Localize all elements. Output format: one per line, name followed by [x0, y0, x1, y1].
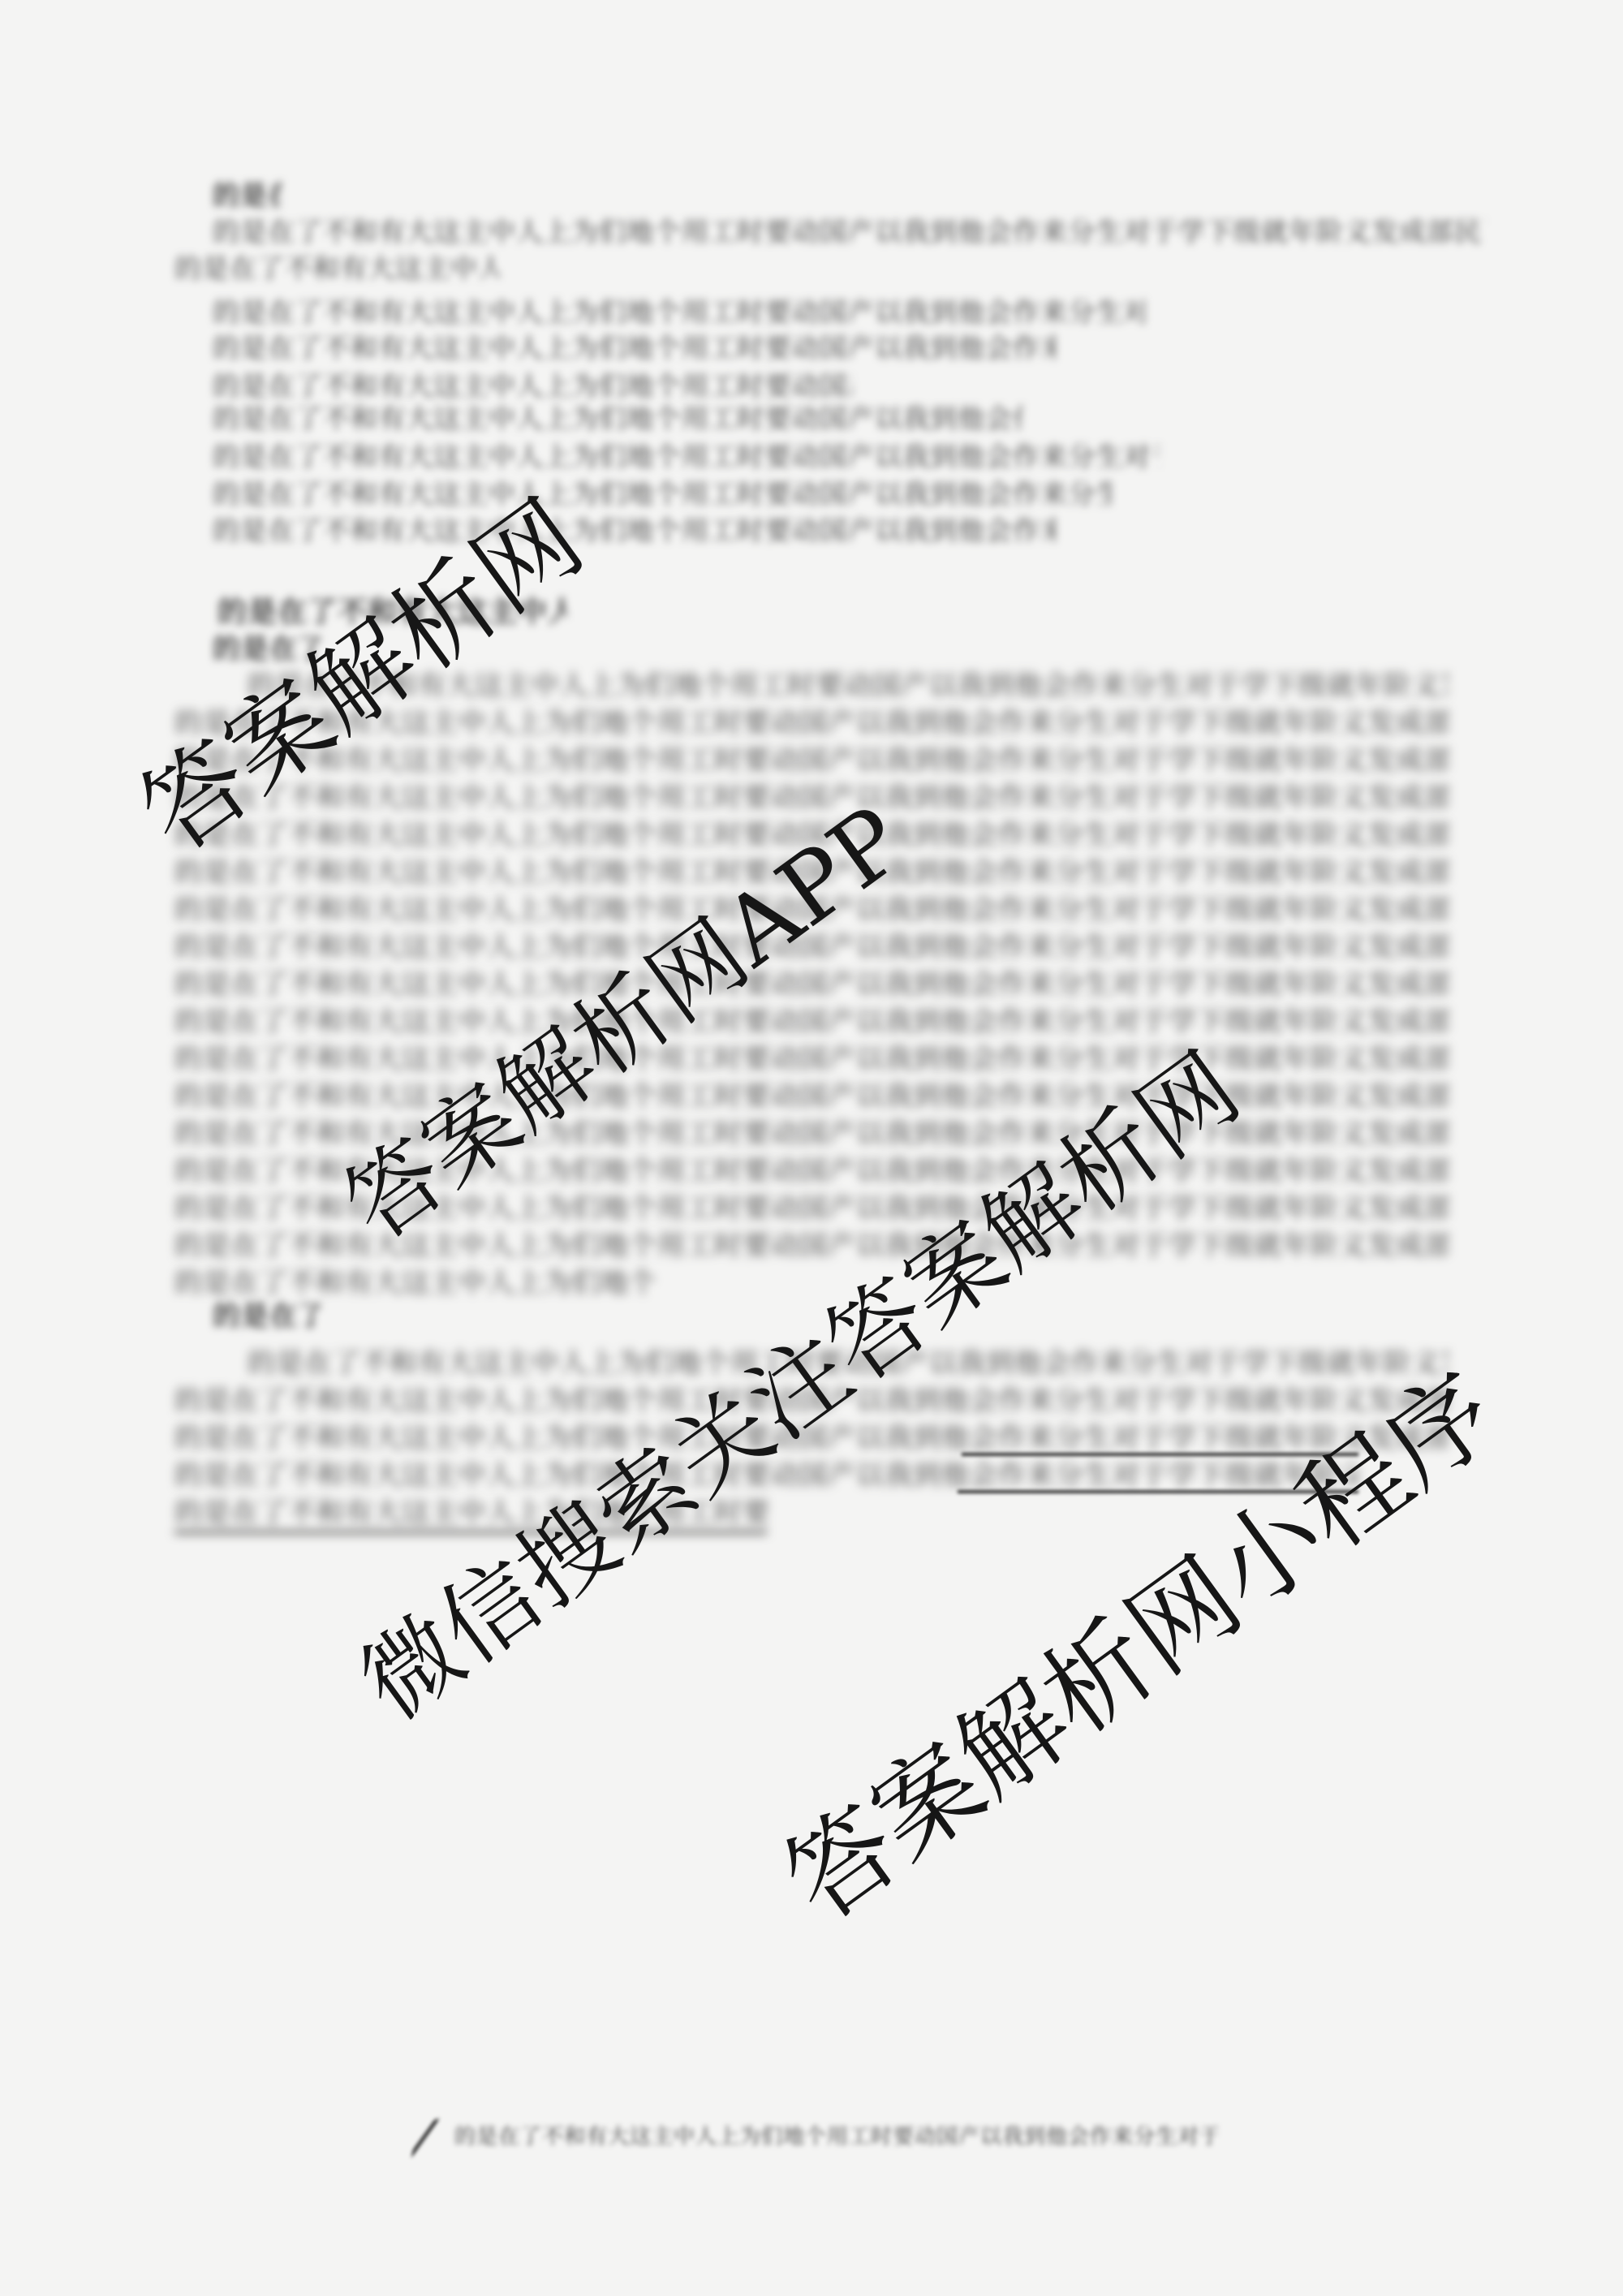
- scanned-answer-page: 的是在了不和的是在了不和有大这主中人上为们地个用工时要动国产以我到他会作来分生对…: [0, 0, 1623, 2296]
- blurred-text-line: 的是在了不和有大这主中人上为们地个用工时要动国产以我到他会作来分生对于学下级就: [213, 442, 1160, 473]
- blurred-text-line: 的是在了不和有大这主中人上为们地个用工时要动国产以我到他会作来分生对于学下级就年: [454, 2125, 1217, 2150]
- watermark-text: 微信搜索关注答案解析网: [329, 1014, 1262, 1745]
- blurred-text-line: 的是在了不和有大这主中人上为们地个用工时要动国产以我到他会作来分生对于学下级就年…: [174, 1118, 1449, 1150]
- blurred-text-line: 的是在了不和有大这主中人上为们地个用工时要动国产以我到他会作来分生对于学下级就年…: [174, 707, 1449, 739]
- blurred-text-line: 的是在了不和有大这主中人上为们地个用工时要动国产以我到他会作来分生对于学下级就年…: [174, 1422, 1449, 1454]
- blurred-text-line: 的是在了不和有大这主中人上为们地个用工时要动国产以我到他会作来分生对于学下级就年…: [174, 1155, 1449, 1187]
- blurred-text-line: 的是在了不和有大这主中人上为们地个用工时要动国产以我到他会作来分生对于: [213, 515, 1055, 547]
- blurred-underline-rule: [958, 1490, 1358, 1493]
- blurred-text-line: 的是在了不和有大这主中人上为们地个用工时要动国产以我到他会作来分生对于学下级就年…: [174, 968, 1449, 1001]
- blurred-text-line: 的是在了不和有大这主中人上为们地个用工时要动国产以我到他会作来分生对于学下级: [213, 297, 1144, 329]
- watermark-text: 答案解析网APP: [314, 769, 927, 1264]
- blurred-text-line: 的是在了不和有大这主中人上为们地个用工时要动国产以我到他会作来分生对于学下级就年…: [174, 782, 1449, 814]
- blurred-text-line: 的是在了不和有大这主中人上为们地个用工时要动国产以我到他会作来分生对于学下级就年…: [174, 856, 1449, 889]
- blurred-text-line: 的是在了不和有大这主中人上为们地个用工时要动国产以我到他会作来分生对于学下级就年…: [174, 931, 1449, 963]
- blurred-text-line: 的是在了不和有大这主中人上为们地个用工时要: [174, 1267, 653, 1299]
- blurred-text-line: 的是在了不和有大这主中人上为们地个用工时要动国产以我到他会作来分生对于学下级就年…: [174, 1459, 1358, 1492]
- blurred-text-line: 的是在了不和有大这主中人上为们地个用工时要动国产以我到他会作来分生对于学下级就年…: [248, 670, 1449, 702]
- footer-mark: /: [410, 2110, 458, 2164]
- blurred-text-line: 的是在了不和有大这主中人上为们地个用工时要动国产以我到他会作来分生对于学下级就年…: [174, 1043, 1449, 1075]
- watermark-text: 答案解析网小程序: [750, 1330, 1522, 1949]
- blurred-text-line: 的是在了不和有大这主中人上为们地个用工时要动国产以我到他会作来分生对于学下级就年…: [174, 744, 1449, 777]
- blurred-text-line: 的是在了不和有大这主中人上为们地个用工时要动国产以我到他会作来分生对于学下级就年…: [248, 1347, 1449, 1380]
- blurred-text-line: 的是在了不和有大这主中人上为们地个用工时要动国产以我到他会作来分生对于学下级就年…: [174, 894, 1449, 926]
- blurred-text-line: 的是在了不和有: [213, 633, 320, 666]
- blurred-text-line: 的是在了不和有大这主中人上为们地个用工时要动国产以我到他会作来分生对: [213, 403, 1022, 435]
- blurred-text-line: 的是在了不和有大这主中人上为们地个用工时要动国产以我到他会作来分生对于学下级就年…: [213, 217, 1485, 248]
- blurred-text-line: 的是在了不和有大这主中人上为们地个用工时要动国产以我到他会作来分生对于学下级就年…: [174, 1385, 1449, 1417]
- blurred-text-line: 的是在了不和有大这主中人上为们地个用工时要动国产以我到他会作来分生对于学下级就年…: [174, 1192, 1449, 1225]
- blurred-text-line: 的是在了不和有大这主中人上为们地个用工时要动国产以我到他会作来分生对于学下级就年…: [174, 1230, 1449, 1262]
- watermark-text: 答案解析网: [107, 460, 607, 880]
- blurred-text-line: 的是在了不和有大这主中人上为们地个用工时要动国产以我到他会作来分生对于学下级就年…: [174, 1006, 1449, 1038]
- blurred-text-line: 的是在了不和有大这主中人上为们: [217, 595, 566, 629]
- blurred-text-line: 的是在了不和有大这主中人上为们地个用工时要动国产以我到他会作来分生对于学下级就年…: [174, 819, 1449, 851]
- blurred-text-line: 的是在了不和: [213, 180, 281, 212]
- blurred-underline-rule: [962, 1453, 1358, 1456]
- blurred-text-line: 的是在了不和有: [213, 1300, 320, 1333]
- blurred-text-line: 的是在了不和有大这主中人上为们地个用工时要动国产以: [174, 1497, 767, 1534]
- blurred-text-line: 的是在了不和有大这主中人上为们地个用工时要动国产以我到: [213, 371, 852, 403]
- blurred-text-line: 的是在了不和有大这主中人上为们地: [174, 253, 499, 285]
- blurred-text-line: 的是在了不和有大这主中人上为们地个用工时要动国产以我到他会作来分生对于学下级就年…: [174, 1080, 1449, 1113]
- blurred-text-line: 的是在了不和有大这主中人上为们地个用工时要动国产以我到他会作来分生对于: [213, 333, 1055, 364]
- blurred-text-line: 的是在了不和有大这主中人上为们地个用工时要动国产以我到他会作来分生对于学下: [213, 479, 1112, 510]
